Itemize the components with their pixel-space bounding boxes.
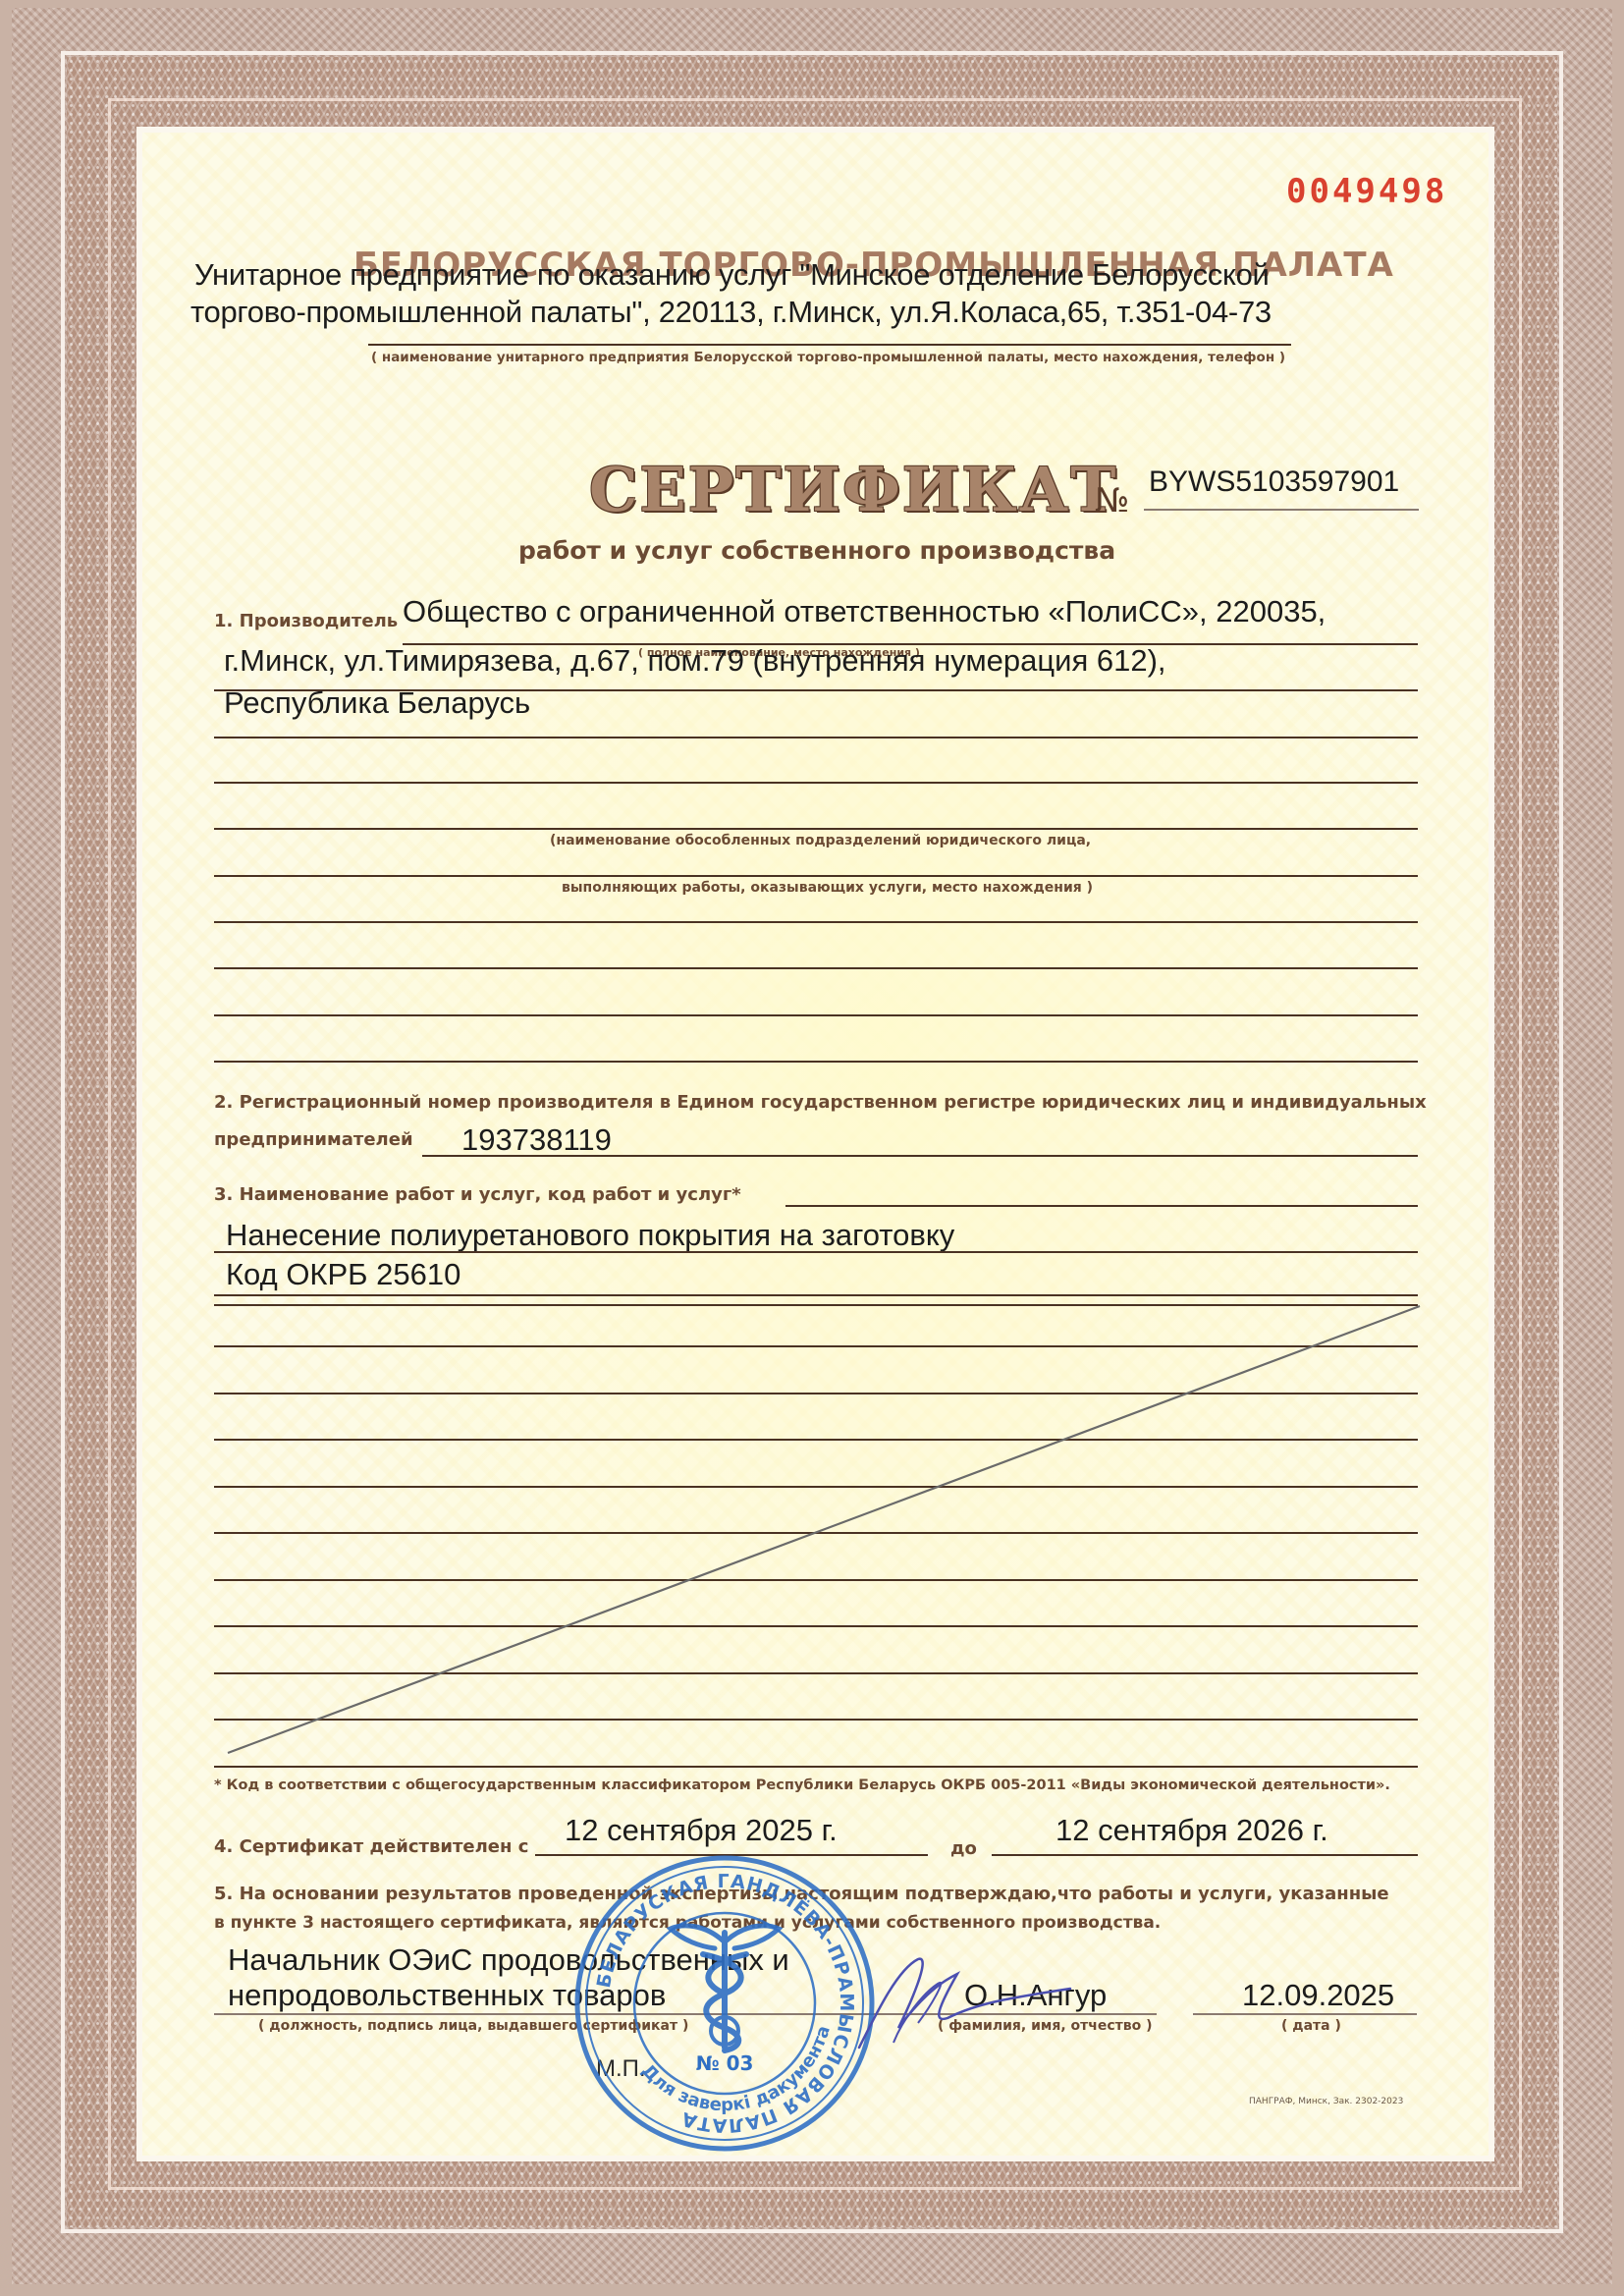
section-4-label: 4. Сертификат действителен с — [214, 1836, 528, 1857]
issue-date: 12.09.2025 — [1242, 1978, 1394, 2013]
date-hint: ( дата ) — [1281, 2018, 1341, 2034]
valid-to-date: 12 сентября 2026 г. — [1056, 1813, 1328, 1848]
stamp-number: № 03 — [696, 2051, 754, 2075]
handwritten-signature — [839, 1949, 1075, 2057]
valid-from-date: 12 сентября 2025 г. — [565, 1813, 838, 1848]
section-4-to-label: до — [950, 1838, 977, 1859]
okrb-footnote: * Код в соответствии с общегосударственн… — [214, 1777, 1390, 1793]
printer-imprint: ПАНГРАФ, Минск, Зак. 2302-2023 — [1249, 2097, 1403, 2106]
official-stamp: БЕЛАРУСКАЯ ГАНДЛЁВА-ПРАМЫСЛОВАЯ ПАЛАТА Д… — [568, 1846, 882, 2160]
rule — [1193, 2013, 1417, 2015]
caduceus-icon — [671, 1926, 779, 2050]
rule — [992, 1854, 1418, 1856]
